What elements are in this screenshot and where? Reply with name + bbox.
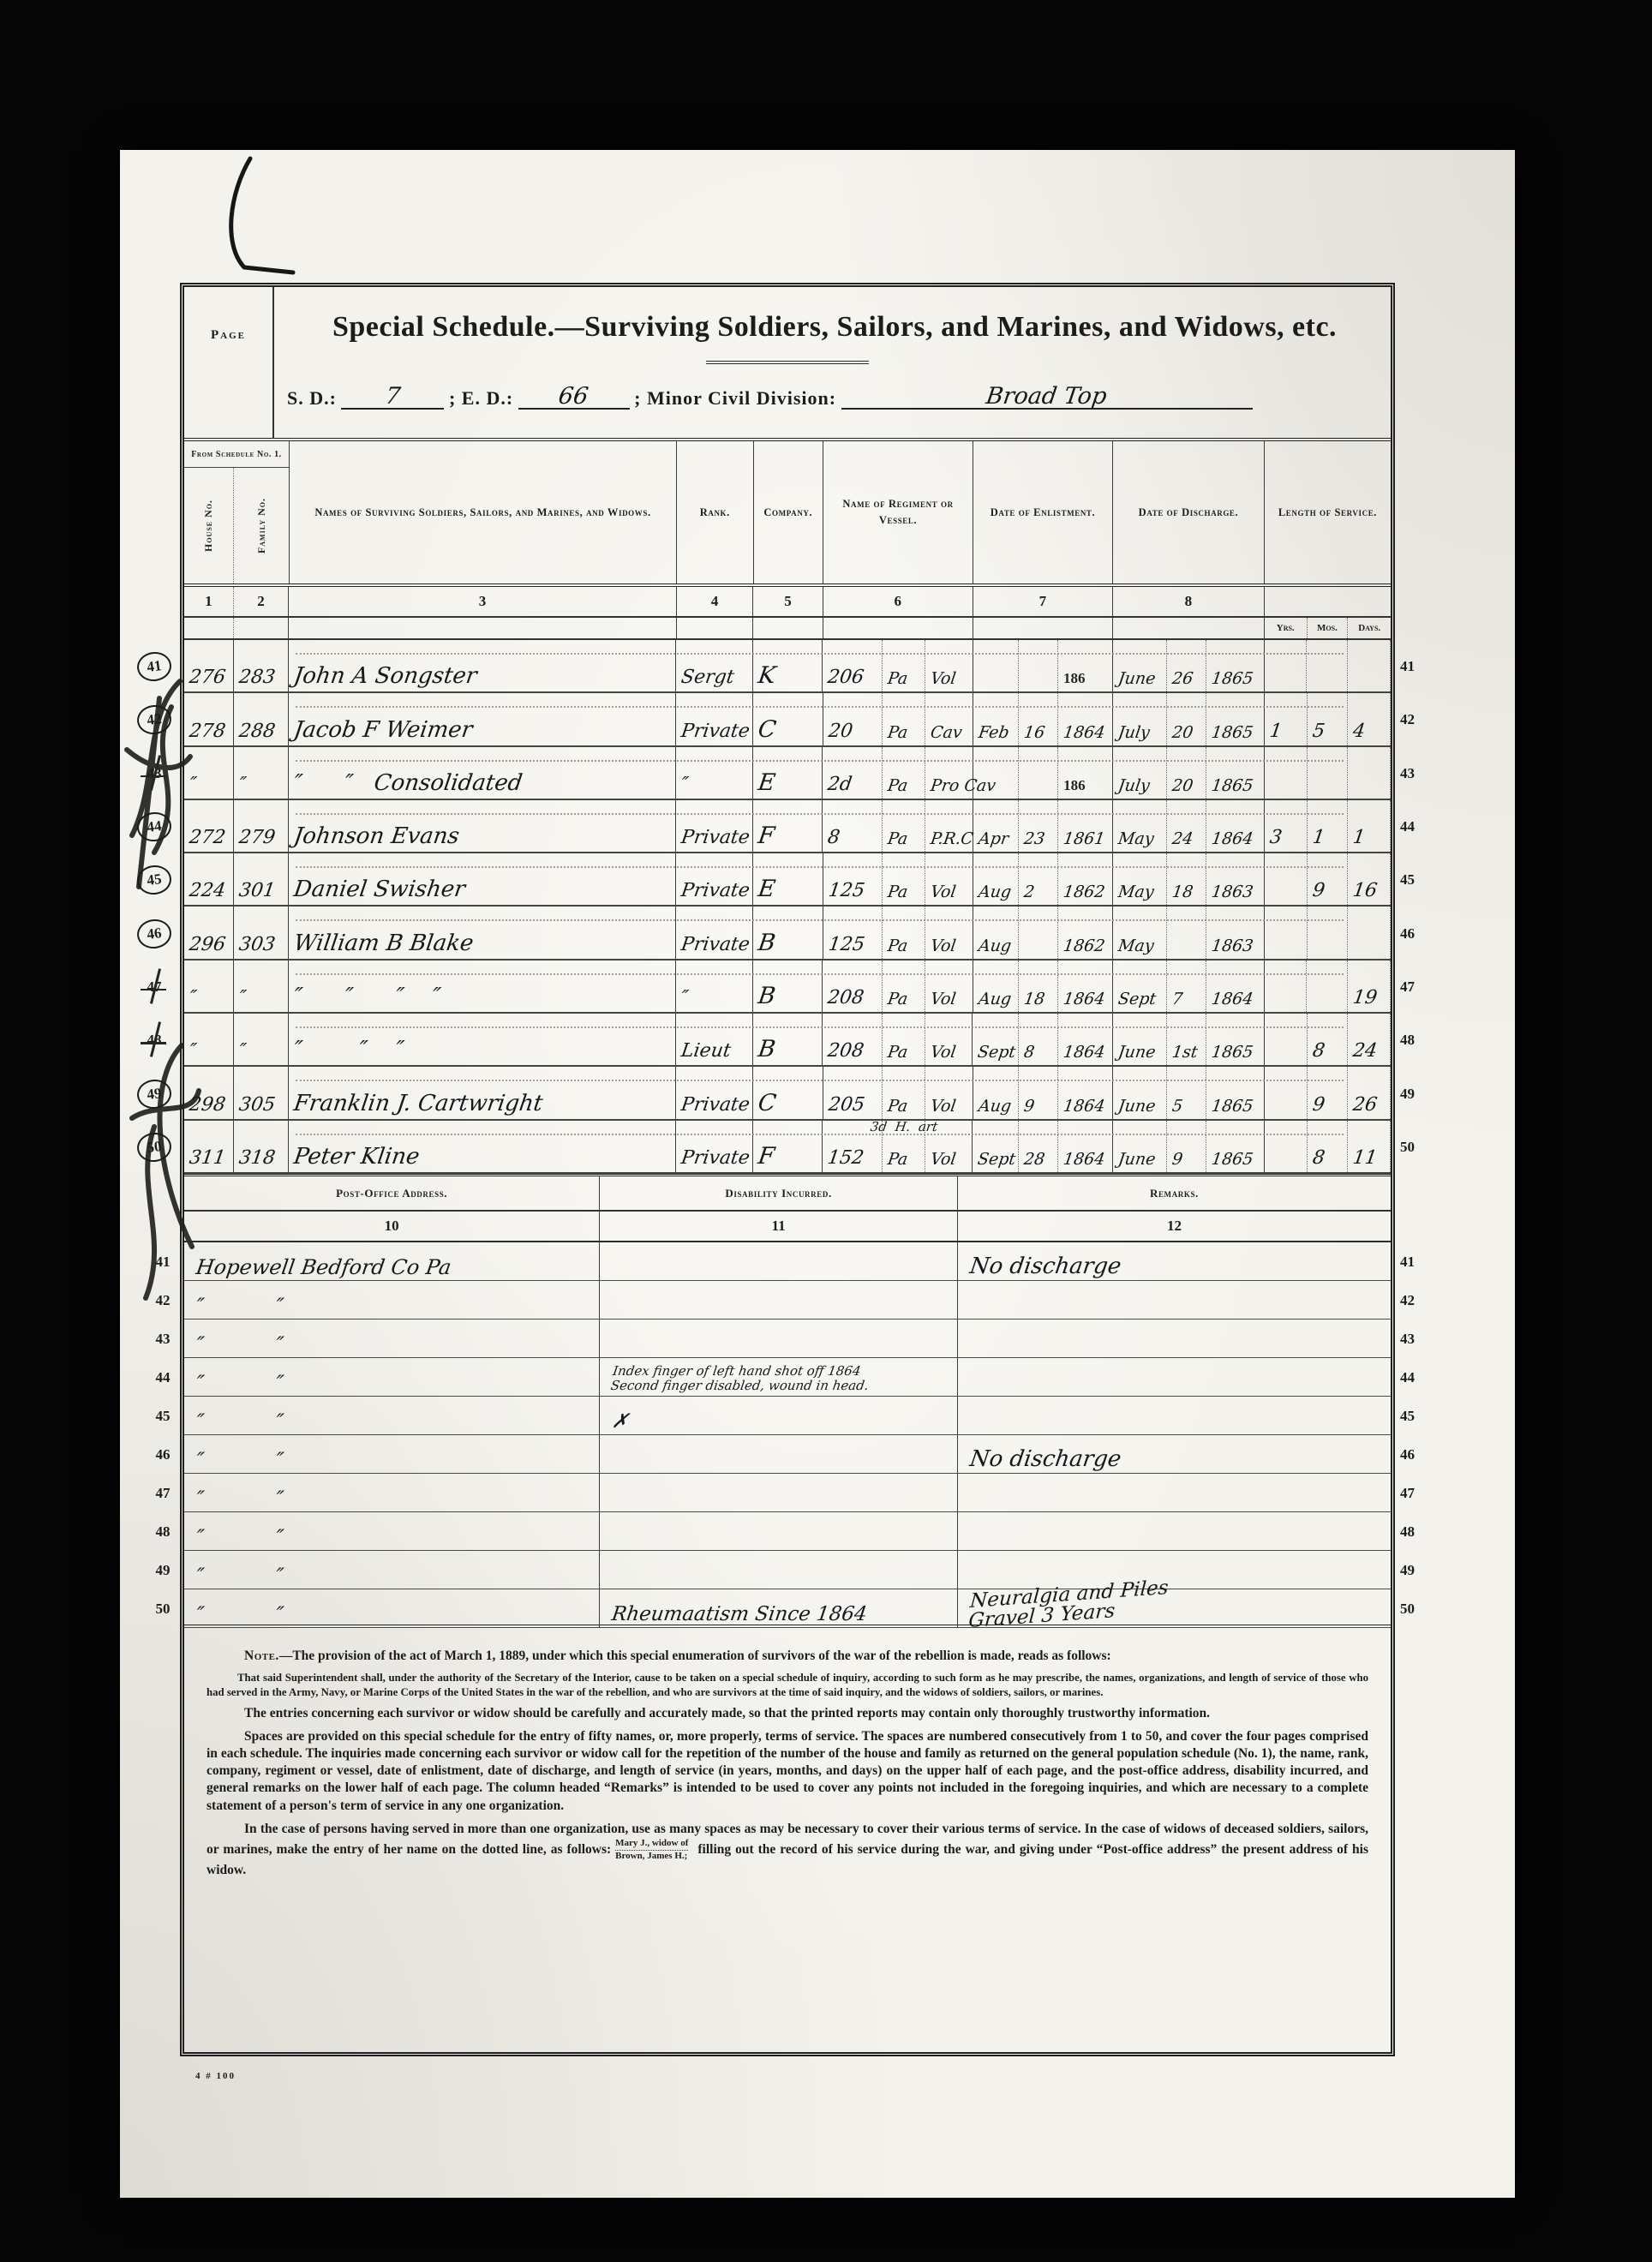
discharge-year: 1865 [1206, 640, 1265, 691]
enlist-day: 9 [1019, 1067, 1058, 1118]
company-value: C [757, 1092, 777, 1115]
lower-line-number-left: 42 [146, 1281, 180, 1319]
district-line: S. D.: 7 ; E. D.: 66 ; Minor Civil Divis… [287, 383, 1379, 410]
remarks [958, 1474, 1391, 1511]
upper-row: 296303William B BlakePrivateB125PaVolAug… [184, 907, 1391, 960]
lower-line-number-left: 47 [146, 1474, 180, 1512]
rank-value: ″ [680, 775, 690, 794]
line-number-mark: 47 [147, 978, 162, 996]
disability-incurred: Index finger of left hand shot off 1864 … [600, 1358, 958, 1396]
rank-value: Private [680, 1096, 751, 1115]
veteran-name: ″ ″ ″ ″ [289, 960, 676, 1012]
lower-line-number-right: 46 [1400, 1435, 1434, 1474]
lower-row: ″ ″No discharge [184, 1435, 1391, 1474]
col-number-7: 7 [973, 587, 1113, 616]
regiment-state: Pa [883, 1067, 925, 1118]
upper-header-numbers: 1 2 3 4 5 6 7 8 [184, 587, 1391, 618]
company: F [753, 1121, 823, 1172]
veteran-name-value: Peter Kline [292, 1146, 421, 1168]
discharge-day: 1st [1167, 1014, 1206, 1065]
regiment-type-value: Vol [930, 991, 957, 1008]
ed-value: 66 [558, 385, 590, 408]
family-no: ″ [234, 960, 290, 1012]
col-number-11: 11 [600, 1212, 958, 1241]
regiment-type-value: P.R.C [929, 831, 974, 847]
regiment-header: Name of Regiment or Vessel. [823, 441, 973, 583]
house-no-value: 224 [188, 882, 226, 901]
upper-row: ″″″ ″ ″LieutB208PaVolSept81864June1st186… [184, 1014, 1391, 1067]
regiment-type: Vol [925, 907, 973, 958]
company: B [753, 1014, 823, 1065]
enlist-month-value: Feb [977, 725, 1009, 741]
remarks-header: Remarks. [958, 1176, 1391, 1210]
discharge-day-value: 20 [1171, 725, 1194, 741]
service-days: 11 [1348, 1121, 1391, 1172]
family-no: ″ [234, 1014, 290, 1065]
service-years [1265, 960, 1308, 1012]
rank: Private [676, 693, 753, 745]
lower-line-number-right: 50 [1400, 1589, 1434, 1628]
remarks-value: No discharge [968, 1255, 1122, 1278]
service-years [1265, 1121, 1308, 1172]
company: E [753, 853, 823, 905]
house-no: ″ [184, 1014, 234, 1065]
upper-line-number-right: 45 [1400, 853, 1434, 907]
company-value: F [757, 1145, 776, 1168]
line-number: 45 [156, 1408, 171, 1425]
scanned-document-canvas: Page Special Schedule.—Surviving Soldier… [0, 0, 1652, 2262]
service-months: 8 [1308, 1121, 1349, 1172]
family-no-value: 305 [237, 1096, 276, 1115]
veteran-name-value: William B Blake [293, 932, 476, 954]
enlist-day [1019, 907, 1058, 958]
remarks: No discharge [958, 1242, 1391, 1280]
col-number-6: 6 [823, 587, 973, 616]
rank-value: Lieut [680, 1042, 733, 1061]
house-no-header: House No. [184, 468, 234, 583]
regiment-type-value: Vol [929, 1152, 956, 1168]
enlist-month: Aug [973, 907, 1020, 958]
service-months: 9 [1308, 1067, 1349, 1118]
family-no: 303 [234, 907, 290, 958]
upper-row: 272279Johnson EvansPrivateF8PaP.R.CApr23… [184, 800, 1391, 853]
upper-row: ″″″ ″ Consolidated″E2dPaPro Cav186July20… [184, 747, 1391, 800]
upper-line-number-right: 42 [1400, 693, 1434, 746]
sd-label: S. D.: [287, 387, 337, 409]
length-header: Length of Service. [1265, 441, 1391, 583]
post-office-address-value: ″ ″ [195, 1565, 284, 1586]
line-number: 47 [156, 1485, 171, 1502]
enlist-month: Aug [973, 960, 1020, 1012]
lower-line-number-right: 45 [1400, 1397, 1434, 1435]
veteran-name-value: ″ ″ ″ ″ [293, 985, 443, 1008]
service-years [1265, 907, 1308, 958]
lower-line-number-left: 44 [146, 1358, 180, 1397]
disability-incurred [600, 1551, 958, 1589]
line-number: 42 [1400, 1292, 1415, 1309]
discharge-year: 1865 [1206, 693, 1265, 745]
family-no: 318 [234, 1121, 290, 1172]
widow-line-2: Brown, James H.; [615, 1851, 687, 1861]
discharge-day: 9 [1167, 1121, 1206, 1172]
remarks: No discharge [958, 1435, 1391, 1473]
discharge-year-value: 1864 [1211, 831, 1254, 847]
enlist-year-value: 1864 [1062, 1098, 1106, 1115]
enlistment-header: Date of Enlistment. [973, 441, 1113, 583]
enlist-day: 8 [1019, 1014, 1058, 1065]
post-office-address: ″ ″ [184, 1474, 600, 1511]
regiment-number-value: 205 [827, 1096, 865, 1115]
line-number: 48 [1400, 1523, 1415, 1541]
regiment-state-value: Pa [887, 1098, 909, 1115]
line-number: 42 [156, 1292, 171, 1309]
page-label: Page [184, 287, 274, 438]
company-value: K [757, 664, 777, 687]
regiment-type-value: Vol [930, 938, 957, 954]
enlist-year: 1862 [1058, 853, 1113, 905]
upper-line-number-left: 46 [132, 907, 177, 960]
disability-incurred [600, 1319, 958, 1357]
rank: Lieut [676, 1014, 752, 1065]
enlist-day-value: 23 [1023, 831, 1046, 847]
discharge-day: 20 [1167, 747, 1206, 799]
rank: Private [676, 1121, 753, 1172]
enlist-month: Apr [973, 800, 1020, 852]
title-rule [706, 361, 869, 364]
discharge-month-value: June [1116, 1098, 1156, 1115]
line-number-mark: 41 [135, 650, 173, 684]
regiment-state: Pa [883, 693, 925, 745]
house-no: 272 [184, 800, 234, 852]
ed-label: ; E. D.: [449, 387, 513, 409]
regiment-type: Vol [925, 960, 973, 1012]
regiment-type: Pro Cav [925, 747, 973, 799]
post-office-address: ″ ″ [184, 1358, 600, 1396]
house-no-value: 276 [188, 668, 226, 687]
regiment-type: Vol [925, 1014, 973, 1065]
regiment-number: 205 [823, 1067, 883, 1118]
company: B [753, 960, 823, 1012]
line-number: 46 [1400, 925, 1415, 942]
remarks [958, 1512, 1391, 1550]
line-number-mark: 46 [135, 917, 173, 950]
col-number-8: 8 [1113, 587, 1265, 616]
company: C [753, 1067, 823, 1118]
rank-value: Private [680, 882, 751, 901]
enlist-year: 1864 [1058, 1014, 1113, 1065]
regiment-number: 20 [823, 693, 883, 745]
line-number: 43 [1400, 1331, 1415, 1348]
family-no-value: 288 [237, 722, 276, 741]
line-number: 44 [1400, 1369, 1415, 1386]
regiment-state: Pa [883, 747, 925, 799]
col-number-12: 12 [958, 1212, 1391, 1241]
discharge-day-value: 26 [1171, 671, 1194, 687]
service-days: 26 [1348, 1067, 1391, 1118]
rank-value: Private [680, 936, 751, 954]
lower-line-number-left: 49 [146, 1551, 180, 1589]
service-months: 1 [1308, 800, 1349, 852]
sub-blank [1113, 618, 1265, 638]
regiment-number-value: 8 [827, 829, 841, 847]
enlist-year: 1864 [1058, 1067, 1113, 1118]
disability-value: ✗ [611, 1412, 631, 1432]
note-p1-text: —The provision of the act of March 1, 18… [279, 1649, 1111, 1663]
enlist-year-value: 1864 [1062, 1152, 1106, 1168]
lower-left-line-numbers: 41424344454647484950 [146, 1242, 180, 1628]
discharge-month-value: June [1117, 1152, 1157, 1168]
house-no-value: ″ [188, 989, 197, 1008]
discharge-month: June [1113, 1014, 1168, 1065]
lower-line-number-right: 48 [1400, 1512, 1434, 1551]
veteran-name: Franklin J. Cartwright [289, 1067, 676, 1118]
company: E [753, 747, 823, 799]
company-value: C [757, 718, 777, 741]
enlist-month: Sept [973, 1121, 1019, 1172]
upper-line-number-left: 43 [132, 747, 177, 800]
sub-days: Days. [1348, 618, 1391, 638]
enlist-year-value: 1864 [1062, 725, 1106, 741]
rank: Private [676, 853, 753, 905]
enlist-day [1019, 640, 1058, 691]
note-paragraph-4: Spaces are provided on this special sche… [206, 1728, 1368, 1815]
lower-header-numbers: 10 11 12 [184, 1212, 1391, 1242]
discharge-day: 5 [1167, 1067, 1206, 1118]
line-number-mark: 50 [135, 1131, 173, 1164]
service-years [1265, 1014, 1308, 1065]
footnote-section: Note.—The provision of the act of March … [184, 1628, 1391, 1880]
house-no: 224 [184, 853, 234, 905]
disability-incurred: Rheumaatism Since 1864 [600, 1589, 958, 1627]
page: Page Special Schedule.—Surviving Soldier… [120, 150, 1515, 2198]
upper-line-number-left: 45 [132, 853, 177, 907]
upper-right-line-numbers: 41424344454647484950 [1400, 640, 1434, 1174]
disability-incurred [600, 1281, 958, 1319]
line-number-mark: 48 [147, 1032, 162, 1049]
regiment-type: Cav [925, 693, 973, 745]
discharge-year: 1863 [1206, 907, 1265, 958]
discharge-year: 1865 [1206, 747, 1265, 799]
regiment-type: Vol [925, 853, 973, 905]
rank: Private [676, 907, 753, 958]
enlist-month-value: Sept [977, 1044, 1017, 1061]
enlist-year-value: 1864 [1062, 991, 1106, 1008]
veteran-name: Jacob F Weimer [289, 693, 676, 745]
service-days: 24 [1348, 1014, 1391, 1065]
regiment-state-value: Pa [887, 991, 909, 1008]
remarks [958, 1551, 1391, 1589]
disability-incurred [600, 1512, 958, 1550]
regiment-type: Vol [925, 1067, 973, 1118]
discharge-day: 24 [1167, 800, 1206, 852]
upper-line-number-right: 44 [1400, 800, 1434, 853]
upper-line-number-right: 48 [1400, 1014, 1434, 1067]
line-number: 49 [156, 1562, 171, 1579]
post-office-address: ″ ″ [184, 1551, 600, 1589]
service-years [1265, 1067, 1308, 1118]
veteran-name-value: ″ ″ ″ [293, 1038, 406, 1061]
house-no-value: 311 [188, 1149, 226, 1168]
lower-row: ″ ″✗ [184, 1397, 1391, 1435]
discharge-month-value: Sept [1116, 991, 1157, 1008]
lower-row: ″ ″ [184, 1319, 1391, 1358]
discharge-day: 20 [1167, 693, 1206, 745]
discharge-day: 18 [1167, 853, 1206, 905]
remarks [958, 1358, 1391, 1396]
veteran-name-value: John A Songster [293, 665, 479, 687]
discharge-month: June [1113, 1121, 1168, 1172]
form-header: Page Special Schedule.—Surviving Soldier… [184, 287, 1391, 441]
discharge-year-value: 1865 [1211, 1044, 1254, 1061]
service-days-value: 24 [1352, 1042, 1379, 1061]
service-days [1348, 747, 1391, 799]
upper-line-number-left: 48 [132, 1014, 177, 1067]
note-paragraph-3: The entries concerning each survivor or … [206, 1705, 1368, 1722]
enlist-month: Aug [973, 1067, 1020, 1118]
enlist-day: 16 [1019, 693, 1058, 745]
lower-line-number-right: 49 [1400, 1551, 1434, 1589]
line-number: 46 [1400, 1446, 1415, 1463]
discharge-year: 1865 [1206, 1067, 1265, 1118]
regiment-state: Pa [883, 640, 925, 691]
regiment-number-value: 20 [827, 722, 853, 741]
note-paragraph-1: Note.—The provision of the act of March … [206, 1648, 1368, 1665]
lower-line-number-right: 42 [1400, 1281, 1434, 1319]
discharge-year: 1864 [1206, 960, 1265, 1012]
family-no: 305 [234, 1067, 290, 1118]
post-office-address: ″ ″ [184, 1589, 600, 1627]
discharge-header: Date of Discharge. [1113, 441, 1265, 583]
form-frame: Page Special Schedule.—Surviving Soldier… [180, 283, 1395, 2056]
line-number-mark: 42 [135, 703, 173, 737]
widow-example: Mary J., widow ofBrown, James H.; [615, 1838, 688, 1863]
sub-blank [677, 618, 754, 638]
service-months-value: 8 [1311, 1042, 1326, 1061]
upper-line-number-left: 41 [132, 640, 177, 693]
col-number-1: 1 [184, 587, 234, 616]
enlist-month: Feb [973, 693, 1020, 745]
veteran-name: John A Songster [289, 640, 676, 691]
discharge-year-value: 1865 [1211, 1098, 1254, 1115]
line-number: 44 [1400, 818, 1415, 835]
upper-line-number-right: 43 [1400, 747, 1434, 800]
family-no-value: 283 [237, 668, 276, 687]
post-office-address-value: ″ ″ [195, 1604, 284, 1625]
family-no-header: Family No. [234, 468, 289, 583]
col-number-3: 3 [289, 587, 676, 616]
service-months [1308, 907, 1349, 958]
line-number: 49 [1400, 1562, 1415, 1579]
service-days-value: 26 [1352, 1096, 1379, 1115]
discharge-day [1167, 907, 1206, 958]
house-no: 296 [184, 907, 234, 958]
enlist-year: 1864 [1058, 1121, 1113, 1172]
service-days-value: 1 [1352, 829, 1367, 847]
sd-value: 7 [384, 385, 402, 408]
discharge-day-value: 20 [1171, 778, 1194, 794]
discharge-year-value: 1865 [1211, 725, 1254, 741]
enlist-day-value: 2 [1023, 884, 1036, 901]
regiment-number-value: 152 [827, 1149, 865, 1168]
discharge-month-value: May [1116, 884, 1154, 901]
rank: Sergt [676, 640, 752, 691]
enlist-day-value: 28 [1023, 1152, 1046, 1168]
line-number: 48 [1400, 1032, 1415, 1049]
house-no-value: 272 [188, 829, 226, 847]
discharge-year: 1864 [1206, 800, 1265, 852]
upper-row: 278288Jacob F WeimerPrivateC20PaCavFeb16… [184, 693, 1391, 746]
line-number: 50 [1400, 1139, 1415, 1156]
lower-line-number-right: 41 [1400, 1242, 1434, 1281]
family-no: 283 [234, 640, 290, 691]
rank-value: ″ [680, 989, 690, 1008]
regiment-type-value: Vol [930, 1098, 957, 1115]
post-office-address-value: ″ ″ [195, 1527, 284, 1547]
family-no-value: ″ [237, 1042, 247, 1061]
upper-line-number-right: 49 [1400, 1067, 1434, 1120]
lower-row: ″ ″ [184, 1281, 1391, 1319]
disability-incurred [600, 1242, 958, 1280]
post-office-address-value: ″ ″ [195, 1296, 284, 1316]
rank: Private [676, 1067, 753, 1118]
line-number-mark: 49 [135, 1077, 173, 1110]
post-office-address: ″ ″ [184, 1281, 600, 1319]
disability-value: Index finger of left hand shot off 1864 … [610, 1364, 872, 1394]
discharge-year-value: 1863 [1211, 938, 1254, 954]
rank-value: Sergt [680, 668, 736, 687]
company: K [753, 640, 823, 691]
sub-blank [234, 618, 290, 638]
lower-line-number-left: 46 [146, 1435, 180, 1474]
post-office-address-value: ″ ″ [195, 1450, 284, 1470]
regiment-number: 125 [823, 907, 883, 958]
upper-line-number-right: 41 [1400, 640, 1434, 693]
regiment-number-value: 208 [827, 989, 865, 1008]
service-days [1348, 907, 1391, 958]
post-office-address-value: ″ ″ [195, 1373, 284, 1393]
company-value: B [757, 931, 777, 954]
disability-value: Rheumaatism Since 1864 [611, 1605, 869, 1625]
regiment-note: 3d H. art [828, 1121, 980, 1134]
service-years-value: 3 [1268, 829, 1283, 847]
line-number: 47 [1400, 978, 1415, 996]
note-lead: Note. [244, 1649, 279, 1663]
lower-row: ″ ″Rheumaatism Since 1864Neuralgia and P… [184, 1589, 1391, 1628]
enlist-year-value: 186 [1063, 670, 1086, 687]
family-no-value: 318 [237, 1149, 276, 1168]
lower-row: Hopewell Bedford Co PaNo discharge [184, 1242, 1391, 1281]
line-number: 49 [1400, 1086, 1415, 1103]
discharge-year-value: 1865 [1211, 1152, 1254, 1168]
margin-scribble-top [197, 152, 308, 293]
service-days: 1 [1348, 800, 1391, 852]
service-months: 8 [1308, 1014, 1349, 1065]
discharge-month-value: May [1116, 938, 1154, 954]
discharge-month: Sept [1113, 960, 1168, 1012]
disability-incurred [600, 1435, 958, 1473]
line-number: 45 [1400, 871, 1415, 889]
service-days-value: 4 [1352, 722, 1367, 741]
line-number: 44 [156, 1369, 171, 1386]
col-number-10: 10 [184, 1212, 600, 1241]
upper-row: 276283John A SongsterSergtK206PaVol186Ju… [184, 640, 1391, 693]
regiment-type-value: Vol [930, 884, 957, 901]
post-office-address-value: ″ ″ [195, 1488, 284, 1509]
veteran-name-value: Franklin J. Cartwright [293, 1092, 545, 1115]
remarks-value: No discharge [968, 1448, 1122, 1470]
line-number: 43 [156, 1331, 171, 1348]
rank-header: Rank. [677, 441, 753, 583]
